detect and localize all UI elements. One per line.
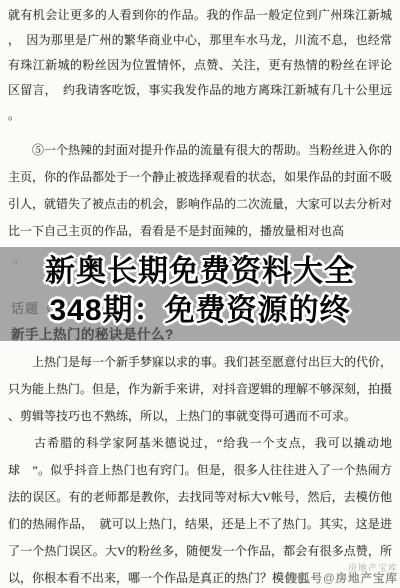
text-line: 上热门是每一个新手梦寐以求的事。我们甚至愿意付出巨大的代价， (8, 349, 392, 376)
text-line: 比一下自己主页的作品，看看是不是封面辣的，播放量相对也高 (8, 218, 392, 245)
text-line: 法的误区。有的老师都是教你，去找同等对标大V帐号，然后，去模仿他 (8, 484, 392, 511)
text-line: 了一个热门误区。大V的粉丝多，随便发一个作品，都会有很多点赞，所 (8, 538, 392, 565)
article-paragraph: 上热门是每一个新手梦寐以求的事。我们甚至愿意付出巨大的代价，只为能上热门。但是，… (8, 349, 392, 430)
article-text-top: 就有机会让更多的人看到你的作品。我的作品一般定位到广州珠江新城， 因为那里是广州… (8, 3, 392, 245)
text-line: 有珠江新城的粉丝因为位置情怀，点赞、关注，更有热情的粉丝在评论 (8, 53, 392, 78)
article-paragraph: ⑤一个热辣的封面对提升作品的流量有很大的帮助。当粉丝进入你的主页，你的作品都处于… (8, 137, 392, 245)
text-line: 们的热闹作品， 就可以上热门，结果，还是上不了热门。其实，这是进 (8, 511, 392, 538)
text-line: 主页，你的作品都处于一个静止被选择观看的状态，如果作品的封面不吸 (8, 164, 392, 191)
text-line: 。 (8, 103, 392, 128)
watermark-main-text: 搜狐号@房地产宝库 (286, 573, 398, 586)
overlay-title: 新奥长期免费资料大全 348期：免费资源的终 (0, 252, 400, 330)
text-line: ⑤一个热辣的封面对提升作品的流量有很大的帮助。当粉丝进入你的 (8, 137, 392, 164)
text-line: 区留言， 约我请客吃饭，事实我发作品的地方离珠江新城有几十公里远 (8, 78, 392, 103)
watermark: 房地产宝库 搜狐号@房地产宝库 (286, 563, 398, 586)
article-paragraph: 就有机会让更多的人看到你的作品。我的作品一般定位到广州珠江新城， 因为那里是广州… (8, 3, 392, 128)
text-line: ， 因为那里是广州的繁华商业中心，那里车水马龙，川流不息，也经常 (8, 28, 392, 53)
text-line: 就有机会让更多的人看到你的作品。我的作品一般定位到广州珠江新城 (8, 3, 392, 28)
article-text-bottom: 上热门是每一个新手梦寐以求的事。我们甚至愿意付出巨大的代价，只为能上热门。但是，… (8, 349, 392, 588)
text-line: 球 ”。似乎抖音上热门也有窍门。但是，很多人往往进入了一个热闹方 (8, 457, 392, 484)
overlay-title-line1: 新奥长期免费资料大全 (0, 252, 400, 291)
text-line: 、剪辑等技巧也不熟练，所以，上热门的事就变得可遇而不可求。 (8, 403, 392, 430)
article-page: 就有机会让更多的人看到你的作品。我的作品一般定位到广州珠江新城， 因为那里是广州… (0, 0, 400, 588)
overlay-title-line2: 348期：免费资源的终 (0, 291, 400, 330)
text-line: 引人，就错失了被点击的机会，影响作品的二次流量，大家可以去分析对 (8, 191, 392, 218)
text-line: 古希腊的科学家阿基米德说过，“给我一个支点，我可以撬动地 (8, 430, 392, 457)
watermark-small-text: 房地产宝库 (286, 563, 398, 573)
text-line: 只为能上热门。但是，作为新手来讲，对抖音逻辑的理解不够深刻，拍摄 (8, 376, 392, 403)
